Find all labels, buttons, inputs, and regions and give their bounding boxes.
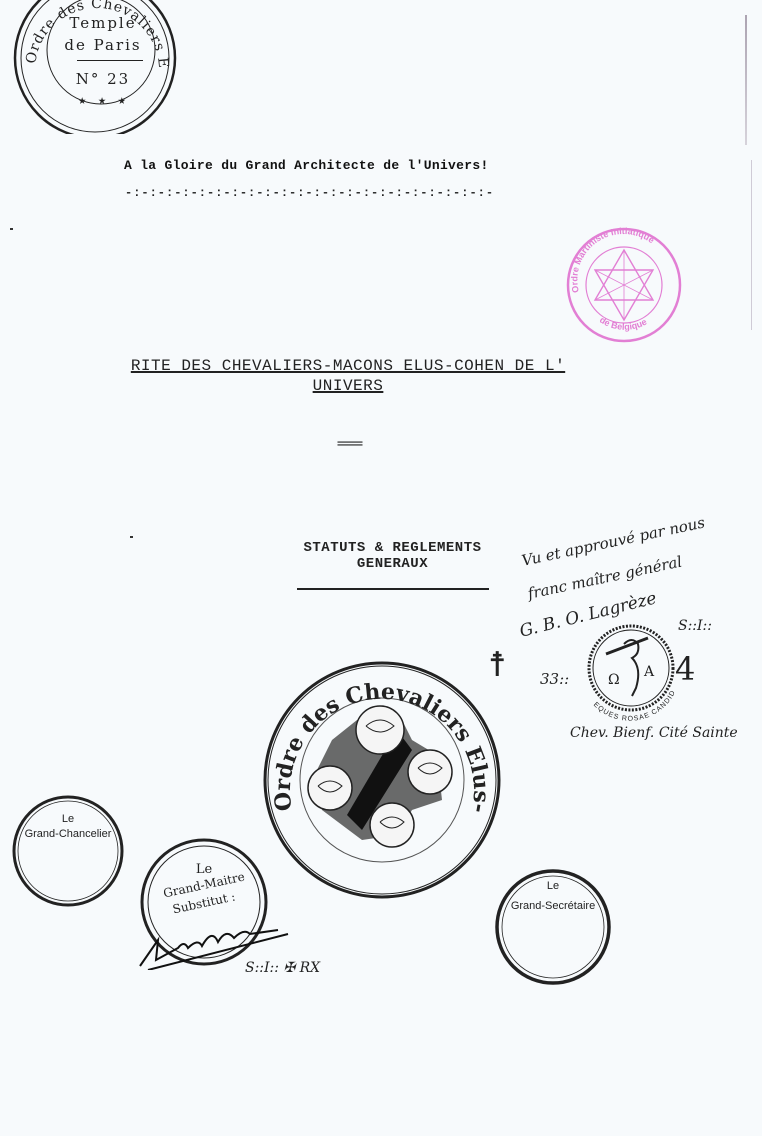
statuts-line2: GENERAUX: [290, 556, 495, 572]
seal-ordre-elus-cohen: Ordre des Chevaliers Elus-Cohen de l'Uni…: [262, 660, 502, 900]
stamp-line-number: N° 23: [53, 70, 153, 88]
rite-title: RITE DES CHEVALIERS-MACONS ELUS-COHEN DE…: [128, 356, 568, 396]
stamp-grand-chancelier: Le Grand-Chancelier: [12, 795, 124, 907]
stamp-ordre-martiniste-belgique: Ordre Martiniste Initiatique de Belgique: [565, 226, 683, 344]
speck: [10, 228, 13, 230]
scan-mark: [751, 160, 752, 330]
stamp-label-le: Le: [494, 880, 612, 892]
stamp-label-le: Le: [12, 813, 124, 825]
statuts-rule: [297, 588, 489, 590]
rite-title-line1: RITE DES CHEVALIERS-MACONS ELUS-COHEN DE…: [131, 357, 565, 375]
stamp-temple-de-paris: Ordre des Chevaliers Elus-Cohen Temple d…: [13, 0, 177, 134]
speck: [130, 536, 133, 538]
gm-signature-note: S::I:: ✠ RX: [245, 960, 320, 976]
alpha-letter: A: [643, 664, 655, 680]
scan-mark: [745, 15, 747, 145]
small-separator: =====: [337, 440, 362, 451]
statuts-line1: STATUTS & REGLEMENTS: [290, 540, 495, 556]
seal-eques-rosae-candidae: Ω A EQUES ROSAE CANDIDAE: [576, 620, 686, 730]
stamp-line-de-paris: de Paris: [53, 36, 153, 54]
star-icons: ★★★: [68, 93, 148, 108]
rite-title-line2: UNIVERS: [313, 377, 384, 395]
stamp-line-temple: Temple: [53, 14, 153, 32]
statuts-heading: STATUTS & REGLEMENTS GENERAUX: [290, 540, 495, 572]
stamp-grand-secretaire: Le Grand-Secrétaire: [494, 868, 612, 986]
seal-ring-text: EQUES ROSAE CANDIDAE: [576, 620, 677, 723]
omega-letter: Ω: [608, 672, 620, 688]
stamp-rule: [77, 60, 143, 61]
handwritten-degree: 33::: [540, 670, 569, 688]
svg-text:EQUES ROSAE CANDIDAE: EQUES ROSAE CANDIDAE: [576, 620, 677, 723]
stamp-label-title: Grand-Secrétaire: [494, 900, 612, 912]
handwritten-chev-signature: Chev. Bienf. Cité Sainte: [570, 725, 738, 741]
dedication-line: A la Gloire du Grand Architecte de l'Uni…: [124, 158, 489, 173]
stamp-label-title: Grand-Chancelier: [12, 828, 124, 840]
stamp-grand-maitre-substitut: Le Grand-Maitre Substitut :: [140, 838, 268, 966]
dash-separator: -:-:-:-:-:-:-:-:-:-:-:-:-:-:-:-:-:-:-:-:…: [125, 186, 494, 200]
